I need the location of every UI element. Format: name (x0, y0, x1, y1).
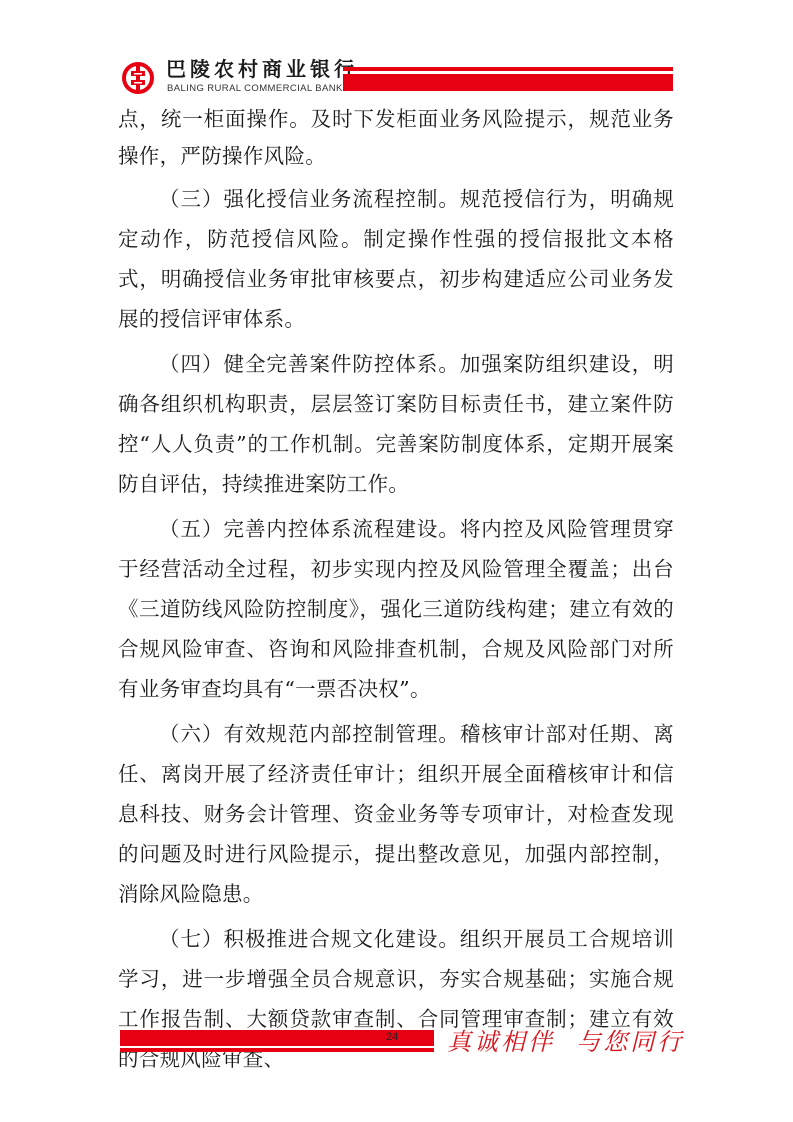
page-number: 24 (386, 1029, 398, 1045)
footer-slogan: 真诚相伴 与您同行 (447, 1028, 684, 1056)
paragraph-section-5: （五）完善内控体系流程建设。将内控及风险管理贯穿于经营活动全过程，初步实现内控及… (118, 509, 674, 709)
paragraph-section-3: （三）强化授信业务流程控制。规范授信行为，明确规定动作，防范授信风险。制定操作性… (118, 179, 674, 339)
paragraph-section-4: （四）健全完善案件防控体系。加强案防组织建设，明确各组织机构职责，层层签订案防目… (118, 344, 674, 504)
bank-logo-icon (121, 61, 155, 95)
paragraph-section-6: （六）有效规范内部控制管理。稽核审计部对任期、离任、离岗开展了经济责任审计；组织… (118, 714, 674, 914)
bank-name-chinese: 巴陵农村商业银行 (166, 58, 358, 80)
document-body: 点，统一柜面操作。及时下发柜面业务风险提示，规范业务操作，严防操作风险。 （三）… (118, 100, 674, 1079)
page-header: 巴陵农村商业银行 BALING RURAL COMMERCIAL BANK (0, 0, 793, 100)
footer-thin-bar (120, 1048, 434, 1052)
header-thin-bar (343, 67, 673, 71)
header-thick-bar (343, 74, 673, 91)
paragraph-continuation: 点，统一柜面操作。及时下发柜面业务风险提示，规范业务操作，严防操作风险。 (118, 101, 674, 175)
page-footer: 24 真诚相伴 与您同行 (0, 1020, 793, 1070)
bank-name-english: BALING RURAL COMMERCIAL BANK (167, 83, 343, 94)
